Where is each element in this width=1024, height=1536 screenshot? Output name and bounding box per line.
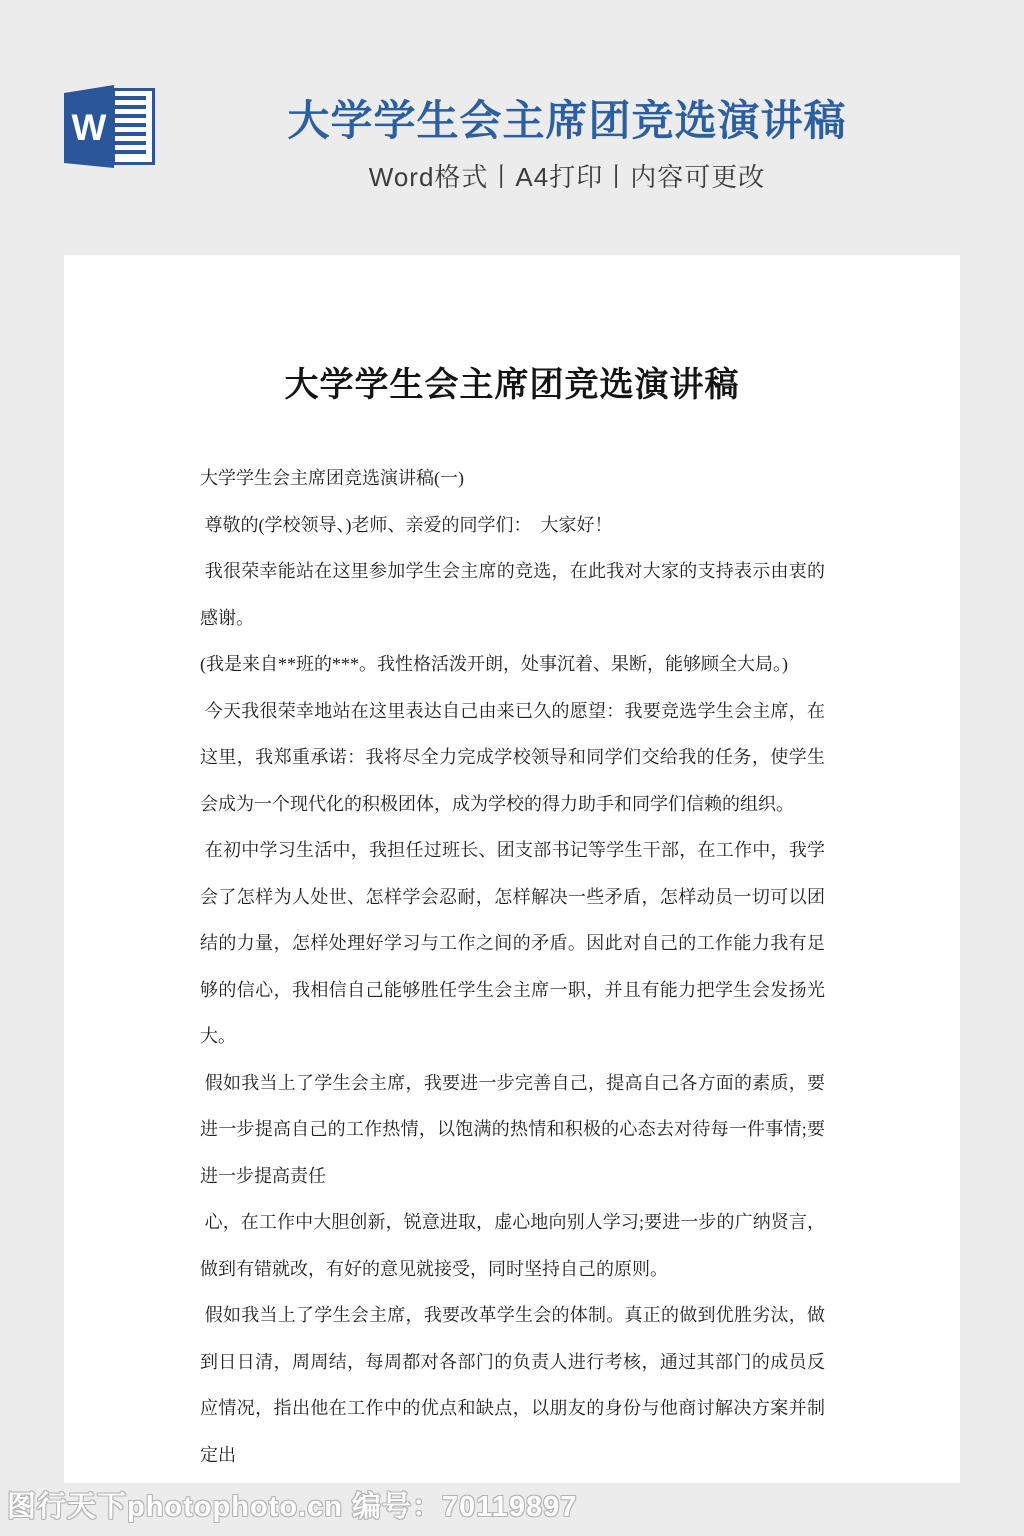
word-w-badge: W	[64, 85, 114, 168]
paragraph: 今天我很荣幸地站在这里表达自己由来已久的愿望：我要竞选学生会主席，在这里，我郑重…	[200, 688, 825, 828]
document-preview: 大学学生会主席团竞选演讲稿 大学学生会主席团竞选演讲稿(一) 尊敬的(学校领导、…	[64, 255, 960, 1483]
paragraph: 心，在工作中大胆创新，锐意进取，虚心地向别人学习;要进一步的广纳贤言，做到有错就…	[200, 1199, 825, 1292]
template-title: 大学学生会主席团竞选演讲稿	[180, 94, 954, 148]
header-text-block: 大学学生会主席团竞选演讲稿 Word格式丨A4打印丨内容可更改	[180, 94, 954, 193]
paragraph: 假如我当上了学生会主席，我要进一步完善自己，提高自己各方面的素质，要进一步提高自…	[200, 1060, 825, 1200]
paragraph: 在初中学习生活中，我担任过班长、团支部书记等学生干部，在工作中，我学会了怎样为人…	[200, 827, 825, 1060]
page-lines-icon	[115, 96, 146, 158]
template-header: W 大学学生会主席团竞选演讲稿 Word格式丨A4打印丨内容可更改	[0, 0, 1024, 255]
page: W 大学学生会主席团竞选演讲稿 Word格式丨A4打印丨内容可更改 大学学生会主…	[0, 0, 1024, 1536]
paragraph: 大学学生会主席团竞选演讲稿(一)	[200, 455, 825, 502]
word-file-icon: W	[64, 85, 156, 168]
paragraph: (我是来自**班的***。我性格活泼开朗，处事沉着、果断，能够顾全大局。)	[200, 641, 825, 688]
document-body: 大学学生会主席团竞选演讲稿(一) 尊敬的(学校领导、)老师、亲爱的同学们： 大家…	[200, 455, 825, 1478]
site-watermark: 图行天下photophoto.cn 编号：70119897	[7, 1489, 577, 1525]
document-page-icon	[112, 88, 155, 165]
format-info: Word格式丨A4打印丨内容可更改	[180, 161, 954, 193]
word-logo-letter: W	[72, 107, 107, 149]
paragraph: 我很荣幸能站在这里参加学生会主席的竞选，在此我对大家的支持表示由衷的感谢。	[200, 548, 825, 641]
paragraph: 假如我当上了学生会主席，我要改革学生会的体制。真正的做到优胜劣汰，做到日日清，周…	[200, 1292, 825, 1478]
paragraph: 尊敬的(学校领导、)老师、亲爱的同学们： 大家好！	[200, 502, 825, 549]
document-title: 大学学生会主席团竞选演讲稿	[64, 255, 960, 406]
